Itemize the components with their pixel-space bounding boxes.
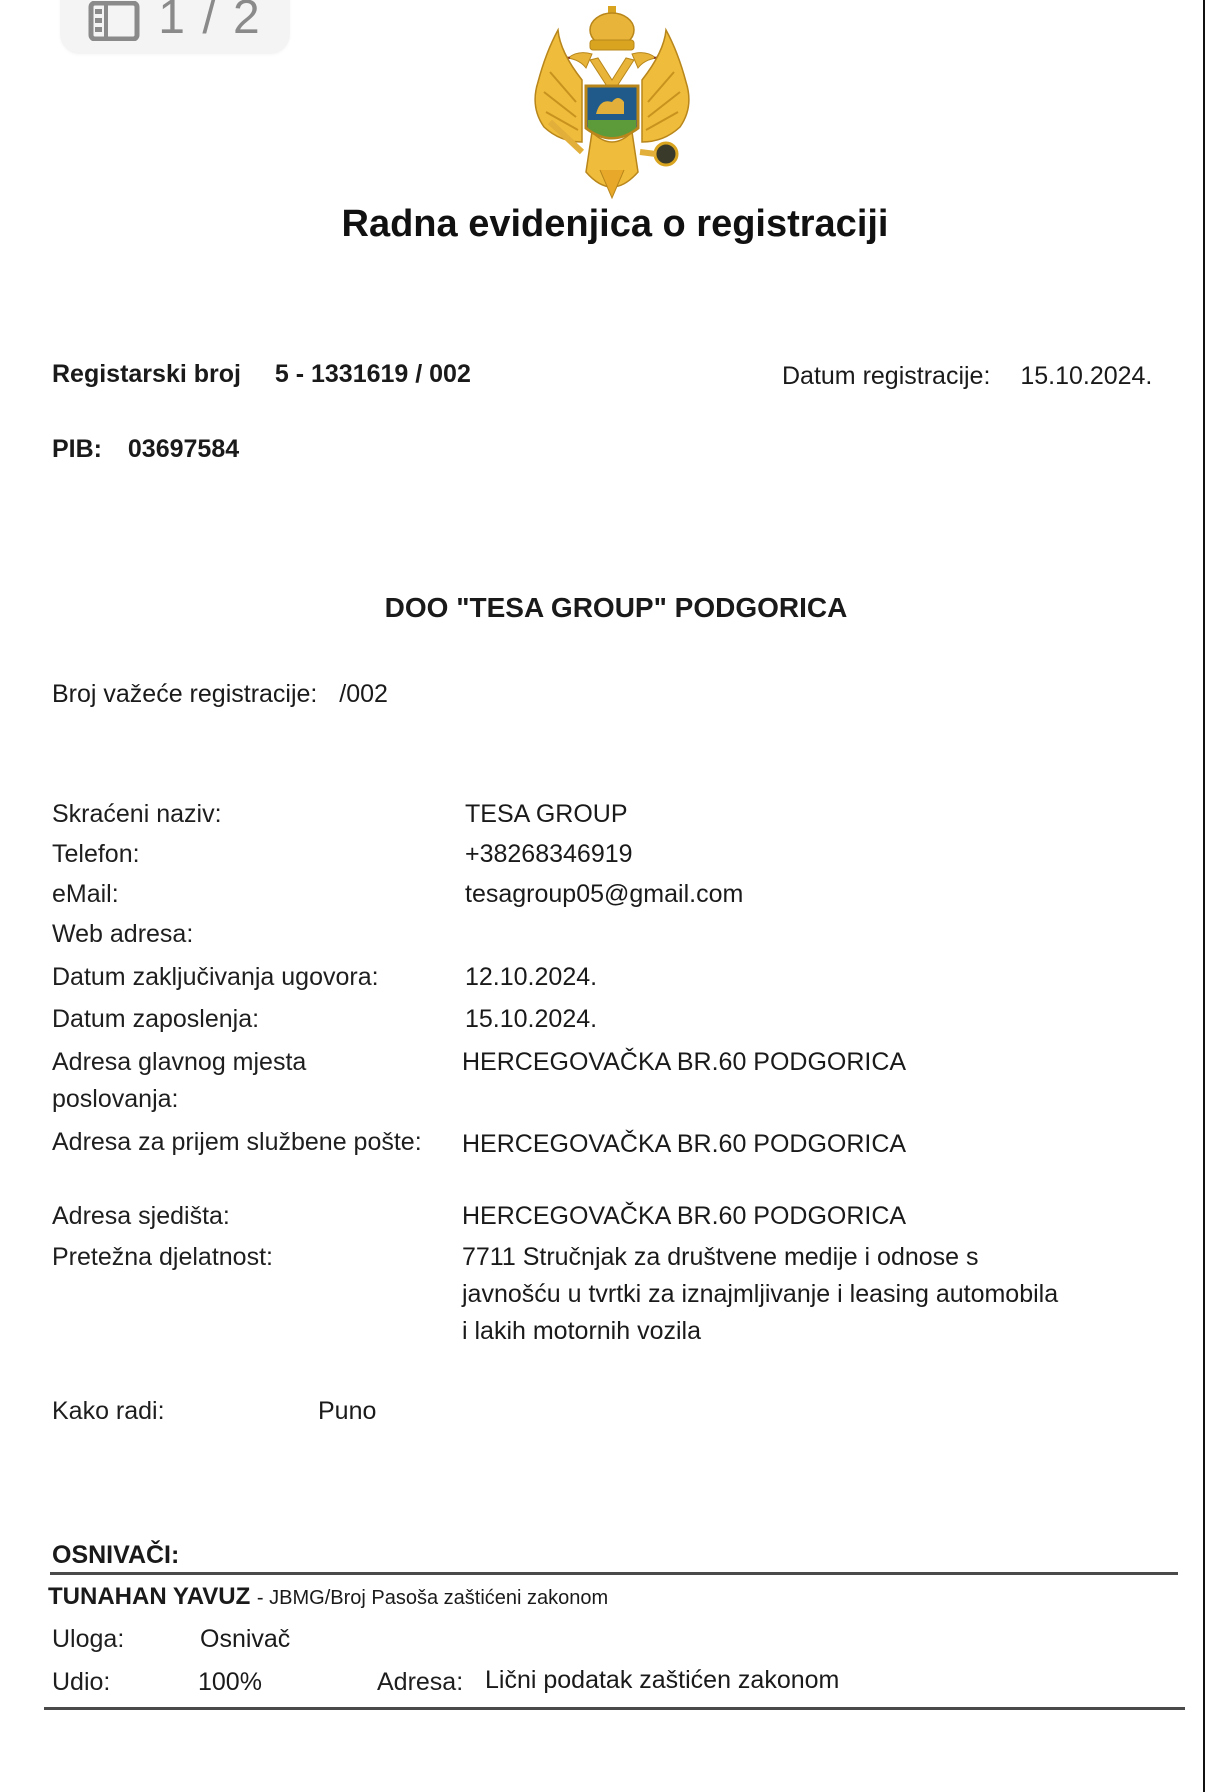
founders-bottom-divider — [44, 1707, 1185, 1710]
page-right-border — [1203, 0, 1205, 1792]
founder-address-value: Lični podatak zaštićen zakonom — [485, 1666, 839, 1695]
field-value-short-name: TESA GROUP — [465, 800, 628, 829]
field-value-main-activity-line3: i lakih motornih vozila — [462, 1317, 701, 1346]
field-value-phone: +38268346919 — [465, 840, 633, 869]
page-number: 1 / 2 — [158, 0, 261, 45]
founder-share-label: Udio: — [52, 1668, 110, 1697]
registration-date-label: Datum registracije: — [782, 362, 990, 390]
field-label-web: Web adresa: — [52, 920, 193, 949]
field-value-employment-date: 15.10.2024. — [465, 1005, 597, 1034]
registration-number-value: 5 - 1331619 / 002 — [275, 360, 471, 388]
field-label-main-activity: Pretežna djelatnost: — [52, 1243, 273, 1272]
registration-date-value: 15.10.2024. — [1020, 362, 1152, 390]
field-value-main-activity-line1: 7711 Stručnjak za društvene medije i odn… — [462, 1243, 979, 1272]
field-label-employment-date: Datum zaposlenja: — [52, 1005, 259, 1034]
field-value-seat-address: HERCEGOVAČKA BR.60 PODGORICA — [462, 1202, 906, 1231]
field-label-phone: Telefon: — [52, 840, 140, 869]
founder-role-label: Uloga: — [52, 1625, 124, 1654]
field-label-contract-date: Datum zaključivanja ugovora: — [52, 963, 379, 992]
pib-label: PIB: — [52, 435, 102, 463]
field-label-main-address-line2: poslovanja: — [52, 1085, 178, 1114]
document-title: Radna evidenjica o registraciji — [0, 203, 1206, 246]
valid-registration-label: Broj važeće registracije: — [52, 680, 317, 708]
founder-role-value: Osnivač — [200, 1625, 290, 1654]
field-label-main-address: Adresa glavnog mjesta — [52, 1048, 306, 1077]
field-label-mail-address: Adresa za prijem službene pošte: — [52, 1128, 422, 1157]
pib-row: PIB: 03697584 — [52, 435, 239, 464]
founder-address-label: Adresa: — [377, 1668, 463, 1697]
founder-name-row: TUNAHAN YAVUZ - JBMG/Broj Pasoša zaštiće… — [48, 1583, 608, 1611]
pib-value: 03697584 — [128, 435, 239, 463]
field-label-short-name: Skraćeni naziv: — [52, 800, 222, 829]
registration-number-label: Registarski broj — [52, 360, 241, 388]
founders-top-divider — [50, 1572, 1178, 1575]
field-value-mail-address: HERCEGOVAČKA BR.60 PODGORICA — [462, 1130, 906, 1159]
document-pages-icon — [88, 0, 140, 38]
founder-id-note: - JBMG/Broj Pasoša zaštićeni zakonom — [257, 1587, 608, 1609]
founders-heading: OSNIVAČI: — [52, 1541, 179, 1570]
founder-name: TUNAHAN YAVUZ — [48, 1583, 250, 1610]
work-mode-value: Puno — [318, 1397, 376, 1426]
coat-of-arms-icon — [520, 2, 705, 202]
founder-share-value: 100% — [198, 1668, 262, 1697]
valid-registration-value: /002 — [339, 680, 388, 708]
page-indicator[interactable]: 1 / 2 — [60, 0, 290, 54]
field-label-email: eMail: — [52, 880, 119, 909]
field-value-main-address: HERCEGOVAČKA BR.60 PODGORICA — [462, 1048, 906, 1077]
company-name: DOO "TESA GROUP" PODGORICA — [0, 592, 1206, 624]
field-label-seat-address: Adresa sjedišta: — [52, 1202, 230, 1231]
field-value-email: tesagroup05@gmail.com — [465, 880, 743, 909]
registration-date-row: Datum registracije: 15.10.2024. — [782, 362, 1152, 391]
work-mode-label: Kako radi: — [52, 1397, 165, 1426]
valid-registration-row: Broj važeće registracije: /002 — [52, 680, 388, 709]
field-value-contract-date: 12.10.2024. — [465, 963, 597, 992]
field-value-main-activity-line2: javnošću u tvrtki za iznajmljivanje i le… — [462, 1280, 1058, 1309]
registration-number-row: Registarski broj 5 - 1331619 / 002 — [52, 360, 471, 389]
